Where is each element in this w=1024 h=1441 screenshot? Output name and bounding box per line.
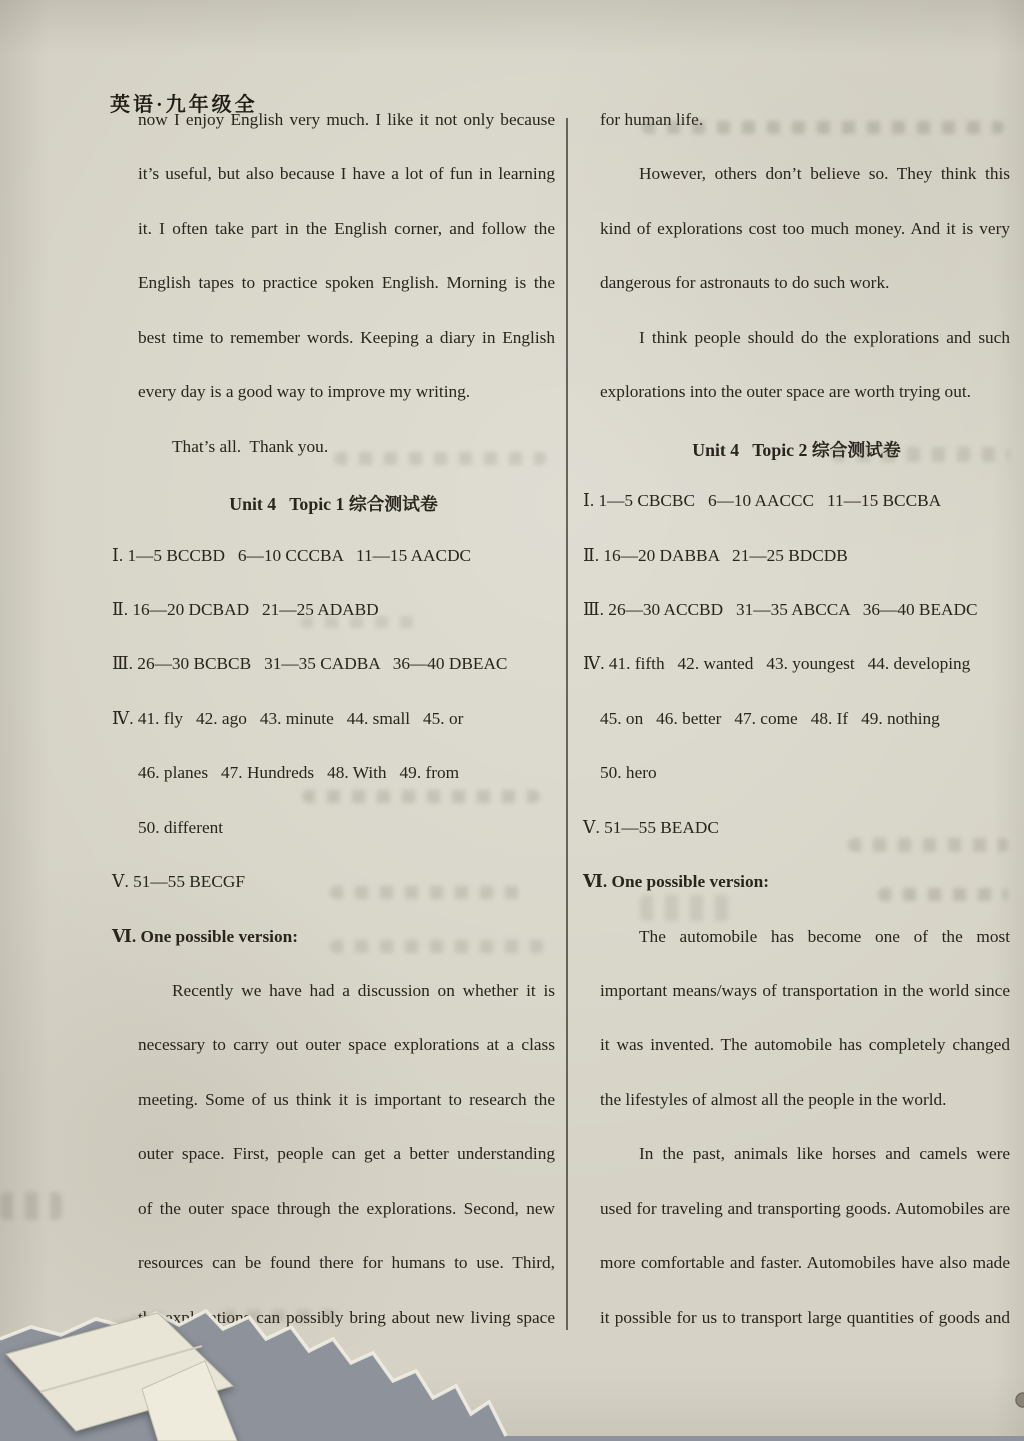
scanned-page: 英语·九年级全 now I enjoy English very much. I…: [0, 0, 1024, 1441]
bleed-through-smudge: [848, 838, 1008, 852]
text-line: for human life.: [583, 110, 1010, 164]
text-line: resources can be found there for humans …: [112, 1253, 555, 1307]
text-line: necessary to carry out outer space explo…: [112, 1035, 555, 1089]
text-line: The automobile has become one of the mos…: [583, 927, 1010, 981]
text-line: I think people should do the exploration…: [583, 328, 1010, 382]
text-line: Recently we have had a discussion on whe…: [112, 981, 555, 1035]
text-line: kind of explorations cost too much money…: [583, 219, 1010, 273]
bleed-through-smudge: [302, 790, 540, 803]
text-line: Ⅳ. 41. fly 42. ago 43. minute 44. small …: [112, 709, 555, 763]
bleed-through-smudge: [330, 886, 528, 899]
text-line: every day is a good way to improve my wr…: [112, 382, 555, 436]
text-line: Unit 4 Topic 2 综合测试卷: [583, 437, 1010, 491]
text-line: Unit 4 Topic 1 综合测试卷: [112, 491, 555, 545]
text-line: now I enjoy English very much. I like it…: [112, 110, 555, 164]
text-line: Ⅰ. 1—5 CBCBC 6—10 AACCC 11—15 BCCBA: [583, 491, 1010, 545]
text-line: it was invented. The automobile has comp…: [583, 1035, 1010, 1089]
right-column: for human life.However, others don’t bel…: [583, 110, 1010, 1362]
text-line: 50. different: [112, 818, 555, 872]
text-line: 50. hero: [583, 763, 1010, 817]
text-line: it’s useful, but also because I have a l…: [112, 164, 555, 218]
text-line: dangerous for astronauts to do such work…: [583, 273, 1010, 327]
bleed-through-smudge: [300, 616, 420, 628]
folded-flap: [6, 1313, 233, 1431]
text-line: Ⅵ. One possible version:: [112, 927, 555, 981]
text-line: In the past, animals like horses and cam…: [583, 1144, 1010, 1198]
text-line: meeting. Some of us think it is importan…: [112, 1090, 555, 1144]
folded-flap: [142, 1361, 237, 1441]
text-line: Ⅲ. 26—30 ACCBD 31—35 ABCCA 36—40 BEADC: [583, 600, 1010, 654]
text-line: Ⅳ. 41. fifth 42. wanted 43. youngest 44.…: [583, 654, 1010, 708]
text-line: Ⅴ. 51—55 BECGF: [112, 872, 555, 926]
text-line: English tapes to practice spoken English…: [112, 273, 555, 327]
text-line: However, others don’t believe so. They t…: [583, 164, 1010, 218]
left-column: now I enjoy English very much. I like it…: [112, 110, 555, 1362]
text-line: important means/ways of transportation i…: [583, 981, 1010, 1035]
text-line: the lifestyles of almost all the people …: [583, 1090, 1010, 1144]
bleed-through-smudge: [330, 940, 545, 953]
bleed-through-smudge: [334, 452, 546, 465]
bleed-through-smudge: [222, 1310, 342, 1322]
column-divider-rule: [566, 118, 568, 1330]
bleed-through-smudge: [0, 1192, 62, 1220]
text-line: outer space. First, people can get a bet…: [112, 1144, 555, 1198]
text-line: it. I often take part in the English cor…: [112, 219, 555, 273]
text-line: 45. on 46. better 47. come 48. If 49. no…: [583, 709, 1010, 763]
text-line: more comfortable and faster. Automobiles…: [583, 1253, 1010, 1307]
text-line: Ⅰ. 1—5 BCCBD 6—10 CCCBA 11—15 AACDC: [112, 546, 555, 600]
text-line: of the outer space through the explorati…: [112, 1199, 555, 1253]
text-line: used for traveling and transporting good…: [583, 1199, 1010, 1253]
bleed-through-smudge: [878, 888, 1008, 901]
bleed-through-smudge: [640, 895, 730, 921]
paper-sheet: 英语·九年级全 now I enjoy English very much. I…: [0, 0, 1024, 1441]
text-line: Ⅲ. 26—30 BCBCB 31—35 CADBA 36—40 DBEAC: [112, 654, 555, 708]
text-line: Ⅱ. 16—20 DABBA 21—25 BDCDB: [583, 546, 1010, 600]
text-line: explorations into the outer space are wo…: [583, 382, 1010, 436]
bleed-through-smudge: [832, 447, 1010, 462]
bleed-through-smudge: [642, 121, 1004, 134]
text-line: it possible for us to transport large qu…: [583, 1308, 1010, 1362]
text-line: best time to remember words. Keeping a d…: [112, 328, 555, 382]
